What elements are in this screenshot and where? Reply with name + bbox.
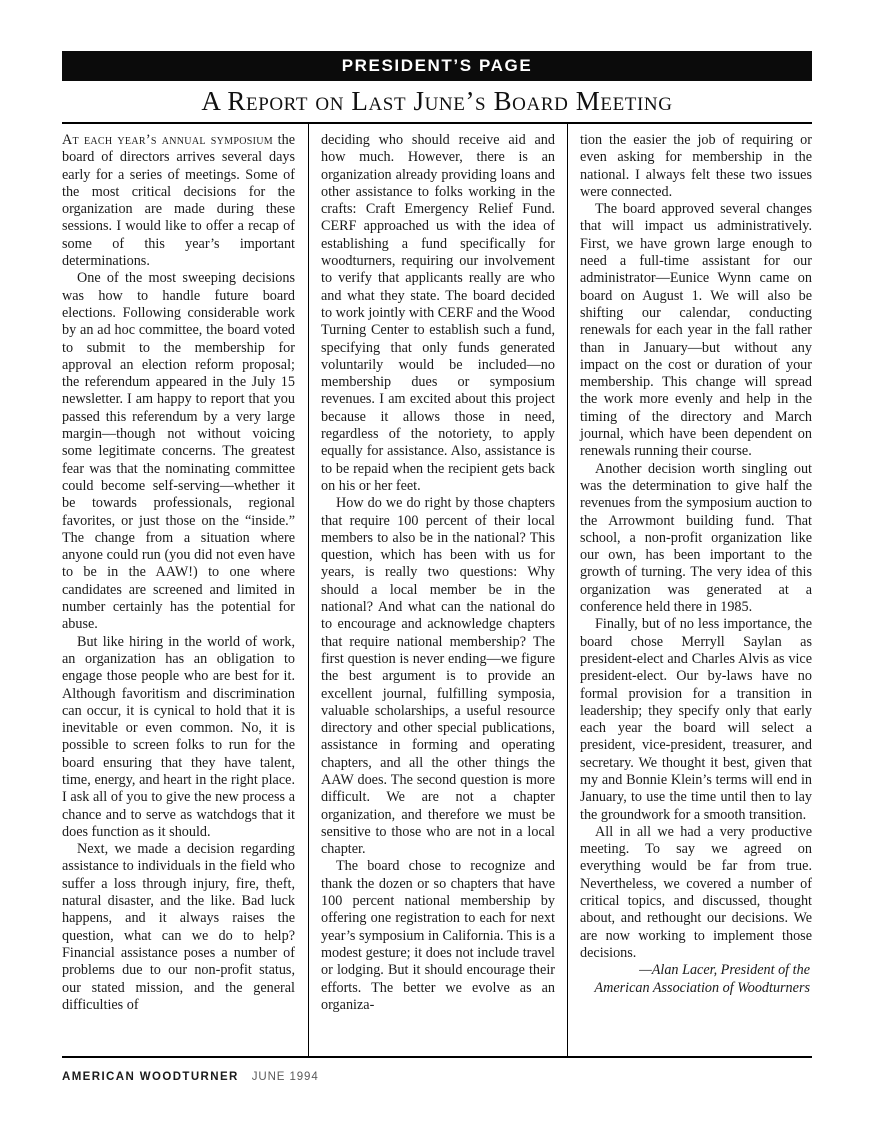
- article-title: A Report on Last June’s Board Meeting: [62, 86, 812, 116]
- paragraph: At each year’s annual symposium the boar…: [62, 132, 295, 270]
- issue-date: JUNE 1994: [252, 1071, 319, 1083]
- column-3: tion the easier the job of requiring or …: [567, 124, 812, 1056]
- column-1: At each year’s annual symposium the boar…: [62, 124, 308, 1056]
- paragraph-text: the board of directors arrives several d…: [62, 132, 295, 269]
- signature-line-1: —Alan Lacer, President of the: [580, 962, 812, 979]
- section-banner: PRESIDENT’S PAGE: [62, 51, 812, 81]
- paragraph: But like hiring in the world of work, an…: [62, 634, 295, 842]
- paragraph: The board approved several changes that …: [580, 201, 812, 460]
- paragraph: All in all we had a very productive meet…: [580, 824, 812, 962]
- paragraph: Finally, but of no less importance, the …: [580, 616, 812, 824]
- paragraph: How do we do right by those chapters tha…: [321, 495, 555, 858]
- small-caps-lead: At each year’s annual symposium: [62, 132, 273, 148]
- paragraph: tion the easier the job of requiring or …: [580, 132, 812, 201]
- article-body: At each year’s annual symposium the boar…: [62, 122, 812, 1058]
- paragraph: Another decision worth singling out was …: [580, 461, 812, 617]
- author-signature: —Alan Lacer, President of the American A…: [580, 962, 812, 997]
- signature-line-2: American Association of Woodturners: [580, 980, 812, 997]
- paragraph: One of the most sweeping decisions was h…: [62, 270, 295, 633]
- column-2: deciding who should receive aid and how …: [308, 124, 567, 1056]
- paragraph: The board chose to recognize and thank t…: [321, 858, 555, 1014]
- section-banner-label: PRESIDENT’S PAGE: [342, 56, 533, 76]
- paragraph: Next, we made a decision regarding assis…: [62, 841, 295, 1014]
- magazine-page: PRESIDENT’S PAGE A Report on Last June’s…: [62, 51, 812, 1083]
- paragraph: deciding who should receive aid and how …: [321, 132, 555, 495]
- page-footer: AMERICAN WOODTURNER JUNE 1994: [62, 1071, 812, 1083]
- publication-name: AMERICAN WOODTURNER: [62, 1071, 239, 1083]
